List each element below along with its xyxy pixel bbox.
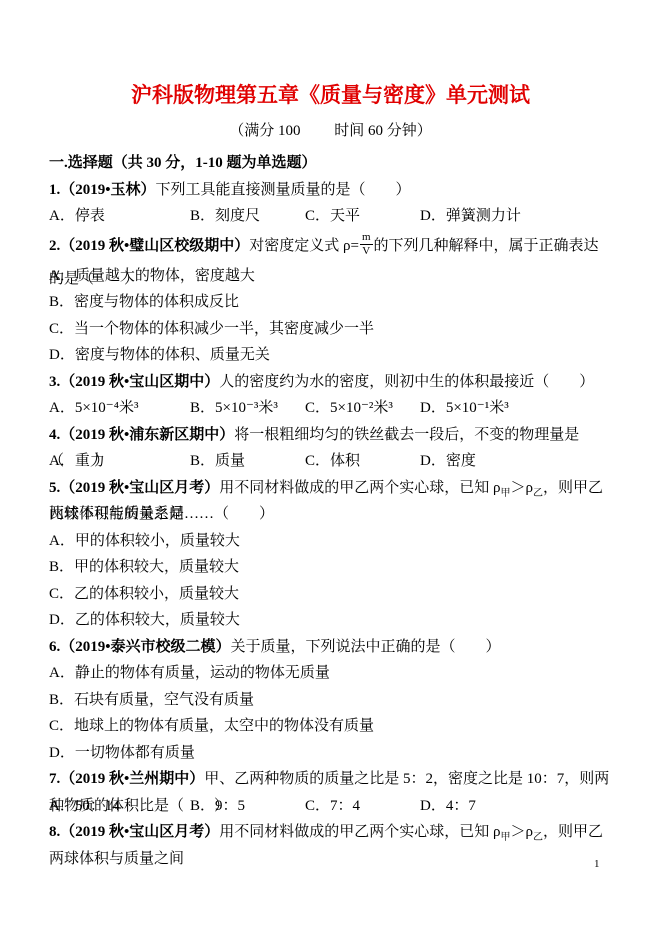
page-number: 1 (594, 858, 600, 870)
option-a: A．静止的物体有质量，运动的物体无质量 (49, 660, 612, 687)
question-3-options-row: A．5×10⁻⁴米³ B．5×10⁻³米³ C．5×10⁻²米³ D．5×10⁻… (49, 395, 612, 422)
question-2-label: 2.（2019 秋•璧山区校级期中） (49, 238, 249, 254)
question-6-text: 关于质量，下列说法中正确的是（ ） (231, 639, 501, 655)
rho-subscript-yi: 乙 (533, 488, 543, 499)
option-b: B．甲的体积较大，质量较大 (49, 554, 612, 581)
question-7-stem: 7.（2019 秋•兰州期中）甲、乙两种物质的质量之比是 5：2，密度之比是 1… (49, 766, 612, 793)
question-4-label: 4.（2019 秋•浦东新区期中） (49, 427, 234, 443)
question-1-options-row: A．停表 B．刻度尺 C．天平 D．弹簧测力计 (49, 203, 612, 230)
question-3-stem: 3.（2019 秋•宝山区期中）人的密度约为水的密度，则初中生的体积最接近（ ） (49, 369, 612, 396)
option-c: C．乙的体积较小，质量较大 (49, 581, 612, 608)
question-3-text: 人的密度约为水的密度，则初中生的体积最接近（ ） (219, 374, 594, 390)
section-heading: 一.选择题（共 30 分，1-10 题为单选题） (49, 150, 612, 177)
page-title: 沪科版物理第五章《质量与密度》单元测试 (49, 83, 612, 107)
option-d: D．乙的体积较大，质量较大 (49, 607, 612, 634)
question-8-text-pre: 用不同材料做成的甲乙两个实心球，已知 ρ (219, 824, 500, 840)
question-5-label: 5.（2019 秋•宝山区月考） (49, 480, 219, 496)
question-6-label: 6.（2019•泰兴市校级二模） (49, 639, 231, 655)
question-5-stem-line-2: 比较不可能的关系是……（ ） (49, 501, 612, 528)
option-c: C．体积 (305, 448, 420, 475)
option-a: A．重力 (49, 448, 190, 475)
option-a: A．停表 (49, 203, 190, 230)
option-c: C．5×10⁻²米³ (305, 395, 420, 422)
option-d: D．一切物体都有质量 (49, 740, 612, 767)
rho-subscript-yi: 乙 (533, 832, 543, 843)
option-b: B．刻度尺 (190, 203, 305, 230)
option-c: C．地球上的物体有质量，太空中的物体没有质量 (49, 713, 612, 740)
question-7-label: 7.（2019 秋•兰州期中） (49, 771, 204, 787)
option-d: D．4：7 (420, 793, 612, 820)
question-list: 一.选择题（共 30 分，1-10 题为单选题） 1.（2019•玉林）下列工具… (49, 150, 612, 846)
option-c: C．7：4 (305, 793, 420, 820)
fraction-denominator: V (360, 245, 373, 258)
option-b: B．质量 (190, 448, 305, 475)
question-1-label: 1.（2019•玉林） (49, 182, 156, 198)
question-7-options-row: A．50：14 B．9：5 C．7：4 D．4：7 (49, 793, 612, 820)
question-1-stem: 1.（2019•玉林）下列工具能直接测量质量的是（ ） (49, 177, 612, 204)
option-c: C．当一个物体的体积减少一半，其密度减少一半 (49, 316, 612, 343)
rho-subscript-jia: 甲 (501, 832, 511, 843)
question-4-options-row: A．重力 B．质量 C．体积 D．密度 (49, 448, 612, 475)
option-d: D．密度 (420, 448, 612, 475)
density-fraction: mV (360, 231, 373, 257)
option-b: B．5×10⁻³米³ (190, 395, 305, 422)
document-body: 沪科版物理第五章《质量与密度》单元测试 （满分 100 时间 60 分钟） 一.… (0, 83, 661, 846)
question-6-stem: 6.（2019•泰兴市校级二模）关于质量，下列说法中正确的是（ ） (49, 634, 612, 661)
option-d: D．5×10⁻¹米³ (420, 395, 612, 422)
document-page: 沪科版物理第五章《质量与密度》单元测试 （满分 100 时间 60 分钟） 一.… (0, 0, 661, 935)
question-5-stem-line-1: 5.（2019 秋•宝山区月考）用不同材料做成的甲乙两个实心球，已知 ρ甲＞ρ乙… (49, 475, 612, 502)
option-c: C．天平 (305, 203, 420, 230)
question-2-stem: 2.（2019 秋•璧山区校级期中）对密度定义式 ρ=mV的下列几种解释中，属于… (49, 230, 612, 263)
question-2-text-pre: 对密度定义式 ρ= (249, 238, 359, 254)
option-b: B．石块有质量，空气没有质量 (49, 687, 612, 714)
rho-subscript-jia: 甲 (501, 488, 511, 499)
question-8-text-mid: ＞ρ (511, 824, 534, 840)
question-3-label: 3.（2019 秋•宝山区期中） (49, 374, 219, 390)
option-a: A．50：14 (49, 793, 190, 820)
exam-info: （满分 100 时间 60 分钟） (49, 121, 612, 141)
option-a: A．甲的体积较小，质量较大 (49, 528, 612, 555)
question-5-text-pre: 用不同材料做成的甲乙两个实心球，已知 ρ (219, 480, 500, 496)
fraction-numerator: m (360, 231, 373, 245)
option-b: B．9：5 (190, 793, 305, 820)
option-a: A．质量越大的物体，密度越大 (49, 263, 612, 290)
option-b: B．密度与物体的体积成反比 (49, 289, 612, 316)
question-1-text: 下列工具能直接测量质量的是（ ） (156, 182, 411, 198)
option-d: D．密度与物体的体积、质量无关 (49, 342, 612, 369)
question-4-stem: 4.（2019 秋•浦东新区期中）将一根粗细均匀的铁丝截去一段后，不变的物理量是… (49, 422, 612, 449)
option-d: D．弹簧测力计 (420, 203, 612, 230)
question-8-label: 8.（2019 秋•宝山区月考） (49, 824, 219, 840)
option-a: A．5×10⁻⁴米³ (49, 395, 190, 422)
question-5-text-mid: ＞ρ (511, 480, 534, 496)
question-8-stem-line-1: 8.（2019 秋•宝山区月考）用不同材料做成的甲乙两个实心球，已知 ρ甲＞ρ乙… (49, 819, 612, 846)
